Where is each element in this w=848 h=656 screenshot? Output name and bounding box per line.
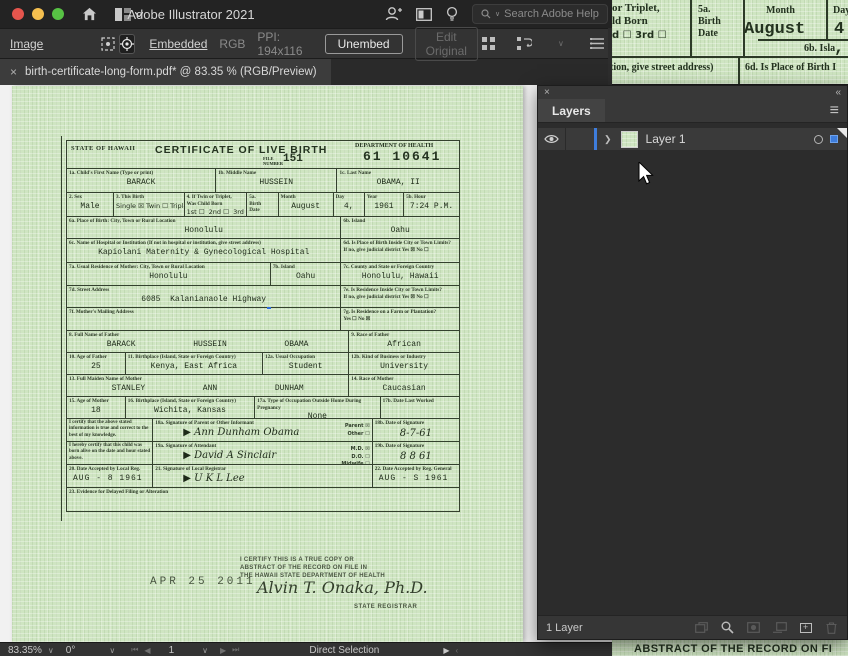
form-cell: 18b. Date of Signature8-7-61 <box>373 419 459 441</box>
field-value: BARACK <box>69 178 213 187</box>
field-value: African <box>351 340 457 349</box>
form-cell: 23. Evidence for Delayed Filing or Alter… <box>67 488 459 513</box>
form-outer-edge <box>61 136 62 521</box>
form-cell: 5a. Birth Date <box>247 193 278 216</box>
layer-thumbnail[interactable] <box>621 131 638 148</box>
bg-text-street: tion, give street address) <box>610 62 714 73</box>
field-label: 7a. Usual Residence of Mother: City, Tow… <box>69 264 268 271</box>
form-cell: 8. Full Name of FatherBARACK HUSSEIN OBA… <box>67 331 349 352</box>
form-row-10: 13. Full Maiden Name of MotherSTANLEY AN… <box>67 375 459 397</box>
field-value: ▶ David A Sinclair <box>155 450 370 461</box>
transform-options-icon[interactable] <box>514 34 536 54</box>
field-label: Month <box>281 194 331 201</box>
bg-rule-v1 <box>690 0 692 57</box>
certificate-rows: 1a. Child's First Name (Type or print)BA… <box>67 169 459 513</box>
certificate-image[interactable]: STATE OF HAWAII CERTIFICATE OF LIVE BIRT… <box>12 86 523 642</box>
field-label: 7e. Is Residence Inside City or Town Lim… <box>343 287 457 300</box>
status-expand-icon[interactable]: ▶ <box>443 646 449 655</box>
form-cell: 7a. Usual Residence of Mother: City, Tow… <box>67 263 271 285</box>
layer-name[interactable]: Layer 1 <box>646 132 686 146</box>
embedded-link[interactable]: Embedded <box>149 37 207 51</box>
field-label: 5b. Hour <box>406 194 457 201</box>
field-label: 20. Date Accepted by Local Reg. <box>69 466 150 473</box>
field-label: 4. If Twin or Triplet, Was Child Born <box>187 194 245 207</box>
document-tab[interactable]: × birth-certificate-long-form.pdf* @ 83.… <box>0 59 331 85</box>
form-cell: 2. SexMale <box>67 193 114 216</box>
control-menu-icon[interactable] <box>586 34 608 54</box>
field-value: Wichita, Kansas <box>128 406 252 415</box>
bg-text-abstract: ABSTRACT OF THE RECORD ON FI <box>634 643 832 655</box>
layers-panel: × « Layers ≡ ❯ Layer 1 1 Layer <box>537 85 848 640</box>
field-label: 1b. Middle Name <box>218 170 335 177</box>
field-value: Honolulu, Hawaii <box>343 272 457 281</box>
field-label: Day <box>336 194 362 201</box>
field-value: 6085 Kalanianaole Highway <box>69 295 338 304</box>
unembed-button[interactable]: Unembed <box>325 34 403 54</box>
close-tab-icon[interactable]: × <box>10 65 17 79</box>
layers-panel-body: ❯ Layer 1 <box>538 123 847 615</box>
layer-row[interactable]: ❯ Layer 1 <box>538 128 847 150</box>
title-bar: Adobe Illustrator 2021 ∨ Search Adobe He… <box>0 0 612 28</box>
form-cell: 3. This BirthSingle ☒ Twin ☐ Triplet ☐ <box>114 193 185 216</box>
layer-count: 1 Layer <box>546 622 583 634</box>
form-cell: 7g. Is Residence on a Farm or Plantation… <box>341 308 459 330</box>
bg-rule-v3 <box>826 0 828 40</box>
field-label: Year <box>367 194 401 201</box>
form-cell: 12a. Usual OccupationStudent <box>263 353 349 374</box>
field-value: 18 <box>69 406 123 415</box>
field-label: 7f. Mother's Mailing Address <box>69 309 338 316</box>
form-cell: 6d. Is Place of Birth Inside City or Tow… <box>341 239 459 262</box>
field-value: Oahu <box>273 272 339 281</box>
field-label: 12a. Usual Occupation <box>265 354 346 361</box>
align-grid-icon[interactable] <box>478 34 500 54</box>
layers-panel-footer: 1 Layer + <box>538 615 847 639</box>
form-cell: 1a. Child's First Name (Type or print)BA… <box>67 169 216 192</box>
current-tool-label: Direct Selection <box>309 645 379 656</box>
state-label: STATE OF HAWAII <box>71 145 135 152</box>
field-label: I hereby certify that this child was bor… <box>69 443 150 462</box>
form-cell: 16. Birthplace (Island, State or Foreign… <box>126 397 255 418</box>
canvas[interactable]: STATE OF HAWAII CERTIFICATE OF LIVE BIRT… <box>0 85 612 642</box>
field-value: OBAMA, II <box>339 178 457 187</box>
field-value: AUG - S 1961 <box>375 474 457 483</box>
first-artboard-icon[interactable]: ⏮ <box>131 645 138 655</box>
document-tab-title: birth-certificate-long-form.pdf* @ 83.35… <box>25 66 317 78</box>
bg-rule-h2 <box>608 56 848 58</box>
form-cell: Year1961 <box>365 193 404 216</box>
form-cell: 7f. Mother's Mailing Address <box>67 308 341 330</box>
visibility-cell[interactable] <box>538 128 566 150</box>
form-cell: 10. Age of Father25 <box>67 353 126 374</box>
form-cell: 9. Race of FatherAfrican <box>349 331 459 352</box>
form-cell: 21. Signature of Local Registrar▶ U K L … <box>153 465 373 487</box>
form-row-5: 7a. Usual Residence of Mother: City, Tow… <box>67 263 459 286</box>
field-checkboxes: M.D. ☒ D.O. ☐ Midwife ☐ Other ☐ <box>341 446 369 464</box>
form-cell: Day4, <box>334 193 365 216</box>
form-row-1: 1a. Child's First Name (Type or print)BA… <box>67 169 459 193</box>
artboard-number[interactable]: 1 <box>169 645 175 656</box>
form-row-14: 20. Date Accepted by Local Reg.AUG - 8 1… <box>67 465 459 488</box>
form-cell: 19b. Date of Signature8 8 61 <box>373 442 459 464</box>
control-bar: Image Embedded RGB PPI: 194x116 Unembed … <box>0 28 608 58</box>
bg-rule-h1 <box>758 39 848 41</box>
field-label: 17b. Date Last Worked <box>383 398 457 405</box>
search-help-field[interactable]: ∨ Search Adobe Help <box>472 4 608 24</box>
delete-layer-icon[interactable] <box>824 621 839 634</box>
field-value: Honolulu <box>69 272 268 281</box>
field-value: 4, <box>336 202 362 211</box>
make-clipping-mask-icon[interactable] <box>694 621 709 634</box>
new-layer-icon[interactable]: + <box>798 621 813 634</box>
arrange-documents-icon[interactable] <box>416 8 432 21</box>
form-cell: 1b. Middle NameHUSSEIN <box>216 169 338 192</box>
color-mode-label: RGB <box>219 37 245 51</box>
field-label: 1c. Last Name <box>339 170 457 177</box>
layers-panel-top-bar: × « <box>538 86 847 99</box>
field-value: STANLEY ANN DUNHAM <box>69 384 346 393</box>
new-sublayer-icon[interactable] <box>772 621 787 634</box>
field-label: 6a. Place of Birth: City, Town or Rural … <box>69 218 338 225</box>
form-cell: 7d. Street Address6085 Kalanianaole High… <box>67 286 341 307</box>
field-label: 8. Full Name of Father <box>69 332 346 339</box>
field-value: AUG - 8 1961 <box>69 474 150 483</box>
field-value: HUSSEIN <box>218 178 335 187</box>
form-cell: 13. Full Maiden Name of MotherSTANLEY AN… <box>67 375 349 396</box>
ppi-label: PPI: 194x116 <box>257 30 302 58</box>
search-scope-chevron-icon[interactable]: ∨ <box>495 10 500 18</box>
form-cell: 1c. Last NameOBAMA, II <box>337 169 459 192</box>
field-label: 1a. Child's First Name (Type or print) <box>69 170 213 177</box>
selection-type-label: Image <box>10 37 43 51</box>
form-cell: 17b. Date Last Worked <box>381 397 459 418</box>
field-value: Oahu <box>343 226 457 235</box>
field-value: 7:24 P.M. <box>406 202 457 211</box>
field-label: 9. Race of Father <box>351 332 457 339</box>
layer-expand-chevron-icon[interactable]: ❯ <box>604 134 612 145</box>
share-user-icon[interactable] <box>385 6 402 22</box>
form-row-11: 15. Age of Mother1816. Birthplace (Islan… <box>67 397 459 419</box>
field-label: 18b. Date of Signature <box>375 420 457 427</box>
last-artboard-icon[interactable]: ⏭ <box>232 645 239 655</box>
bg-text-child-born: ld Born <box>612 15 648 27</box>
form-cell: 20. Date Accepted by Local Reg.AUG - 8 1… <box>67 465 153 487</box>
form-row-7: 7f. Mother's Mailing Address7g. Is Resid… <box>67 308 459 331</box>
search-placeholder: Search Adobe Help <box>504 8 599 20</box>
mouse-cursor <box>638 162 654 186</box>
form-cell: 7c. County and State or Foreign CountryH… <box>341 263 459 285</box>
field-label: I certify that the above stated informat… <box>69 420 150 439</box>
layer-selection-bar <box>594 128 597 150</box>
bg-label-6d: 6d. Is Place of Birth I <box>745 62 836 73</box>
field-label: 3. This Birth <box>116 194 182 201</box>
field-label: 22. Date Accepted by Reg. General <box>375 466 457 473</box>
status-bar: 83.35% ∨ 0° ∨ ⏮ ◀ 1 ∨ ▶ ⏭ Direct Selecti… <box>0 642 612 656</box>
field-value: 8 8 61 <box>375 451 457 462</box>
app-title: Adobe Illustrator 2021 <box>0 7 382 22</box>
layers-panel-tabs: Layers ≡ <box>538 99 847 123</box>
field-label: 10. Age of Father <box>69 354 123 361</box>
field-label: 14. Race of Mother <box>351 376 457 383</box>
field-label: 12b. Kind of Business or Industry <box>351 354 457 361</box>
field-label: 6c. Name of Hospital or Institution (If … <box>69 240 338 247</box>
form-row-8: 8. Full Name of FatherBARACK HUSSEIN OBA… <box>67 331 459 353</box>
search-icon <box>481 9 491 19</box>
isolate-image-icon[interactable] <box>101 34 115 54</box>
field-value: 8-7-61 <box>375 428 457 439</box>
field-label: 7b. Island <box>273 264 339 271</box>
eye-icon <box>544 134 559 144</box>
edit-original-button[interactable]: Edit Original <box>415 27 478 61</box>
selection-anchor-point <box>267 307 271 309</box>
certified-copy-text: I CERTIFY THIS IS A TRUE COPY OR ABSTRAC… <box>240 556 385 580</box>
next-artboard-icon[interactable]: ▶ <box>220 646 226 655</box>
certificate-number: 61 10641 <box>363 149 441 164</box>
form-row-9: 10. Age of Father2511. Birthplace (Islan… <box>67 353 459 375</box>
form-row-2: 2. SexMale3. This BirthSingle ☒ Twin ☐ T… <box>67 193 459 217</box>
field-value: Caucasian <box>351 384 457 393</box>
field-value: 1961 <box>367 202 401 211</box>
form-cell: 6a. Place of Birth: City, Town or Rural … <box>67 217 341 238</box>
field-label: 23. Evidence for Delayed Filing or Alter… <box>69 489 457 496</box>
field-value: Kenya, East Africa <box>128 362 260 371</box>
form-cell: I certify that the above stated informat… <box>67 419 153 441</box>
field-value: Male <box>69 202 111 211</box>
locate-object-icon[interactable] <box>720 621 735 634</box>
form-cell: 22. Date Accepted by Reg. GeneralAUG - S… <box>373 465 459 487</box>
field-value: Honolulu <box>69 226 338 235</box>
field-label: 6b. Island <box>343 218 457 225</box>
artboard-chevron-icon[interactable]: ∨ <box>202 646 208 655</box>
form-cell: 7b. IslandOahu <box>271 263 342 285</box>
illustrator-window: Adobe Illustrator 2021 ∨ Search Adobe He… <box>0 0 612 656</box>
tab-layers[interactable]: Layers <box>538 99 605 122</box>
layer-target-icon[interactable] <box>814 135 823 144</box>
registrar-signature: Alvin T. Onaka, Ph.D. <box>257 578 428 597</box>
new-layer-plus: + <box>800 623 812 633</box>
file-number-label: FILE NUMBER <box>263 157 283 167</box>
field-label: 5a. Birth Date <box>249 194 275 214</box>
panel-collapse-icon[interactable]: « <box>835 87 841 98</box>
panel-menu-icon[interactable]: ≡ <box>830 102 839 120</box>
field-value: Single ☒ Twin ☐ Triplet ☐ <box>116 202 182 210</box>
bg-label-5a: 5a. Birth Date <box>698 4 721 40</box>
field-label: 7g. Is Residence on a Farm or Plantation… <box>343 309 457 322</box>
field-label: 13. Full Maiden Name of Mother <box>69 376 346 383</box>
bg-rule-v4 <box>738 58 740 85</box>
bg-value-month: August <box>744 20 805 39</box>
field-label: 17a. Type of Occupation Outside Home Dur… <box>257 398 377 411</box>
form-cell: I hereby certify that this child was bor… <box>67 442 153 464</box>
more-chevron-icon[interactable]: ∨ <box>550 34 572 54</box>
form-cell: MonthAugust <box>279 193 334 216</box>
form-cell: 4. If Twin or Triplet, Was Child Born1st… <box>185 193 248 216</box>
state-registrar-label: STATE REGISTRAR <box>354 604 417 610</box>
field-value: August <box>281 202 331 211</box>
field-label: 2. Sex <box>69 194 111 201</box>
certificate-form: STATE OF HAWAII CERTIFICATE OF LIVE BIRT… <box>66 140 460 512</box>
form-row-12: I certify that the above stated informat… <box>67 419 459 442</box>
form-cell: 17a. Type of Occupation Outside Home Dur… <box>255 397 380 418</box>
select-target-icon[interactable] <box>119 34 135 54</box>
form-row-3: 6a. Place of Birth: City, Town or Rural … <box>67 217 459 239</box>
field-value: ▶ Ann Dunham Obama <box>155 427 370 438</box>
field-value: ▶ U K L Lee <box>155 473 370 484</box>
field-value: BARACK HUSSEIN OBAMA <box>69 340 346 349</box>
field-label: 7d. Street Address <box>69 287 338 294</box>
certificate-header: STATE OF HAWAII CERTIFICATE OF LIVE BIRT… <box>67 141 459 169</box>
field-value: 25 <box>69 362 123 371</box>
field-label: 15. Age of Mother <box>69 398 123 405</box>
field-value: University <box>351 362 457 371</box>
field-label: 19b. Date of Signature <box>375 443 457 450</box>
field-checkboxes: Parent ☒ Other ☐ <box>345 423 370 438</box>
field-value: Kapiolani Maternity & Gynecological Hosp… <box>69 248 338 257</box>
form-cell: 15. Age of Mother18 <box>67 397 126 418</box>
form-cell: 6c. Name of Hospital or Institution (If … <box>67 239 341 262</box>
rotation-chevron-icon[interactable]: ∨ <box>109 646 115 655</box>
form-row-13: I hereby certify that this child was bor… <box>67 442 459 465</box>
field-value: None <box>257 412 377 418</box>
zoom-level[interactable]: 83.35% <box>8 645 42 656</box>
field-value: Student <box>265 362 346 371</box>
form-cell: 18a. Signature of Parent or Other Inform… <box>153 419 373 441</box>
form-row-15: 23. Evidence for Delayed Filing or Alter… <box>67 488 459 513</box>
field-label: 16. Birthplace (Island, State or Foreign… <box>128 398 252 405</box>
file-number-value: 151 <box>283 153 303 165</box>
field-label: 6d. Is Place of Birth Inside City or Tow… <box>343 240 457 253</box>
bg-label-month: Month <box>766 5 795 16</box>
rotation-value[interactable]: 0° <box>66 645 76 656</box>
form-row-4: 6c. Name of Hospital or Institution (If … <box>67 239 459 263</box>
form-cell: 12b. Kind of Business or IndustryUnivers… <box>349 353 459 374</box>
layer-corner-flag <box>837 128 847 138</box>
form-row-6: 7d. Street Address6085 Kalanianaole High… <box>67 286 459 308</box>
make-mask-icon[interactable] <box>746 621 761 634</box>
bg-text-checks: d ☐ 3rd ☐ <box>612 30 667 41</box>
document-tab-bar: × birth-certificate-long-form.pdf* @ 83.… <box>0 58 608 85</box>
form-cell: 14. Race of MotherCaucasian <box>349 375 459 396</box>
form-cell: 19a. Signature of Attendant▶ David A Sin… <box>153 442 373 464</box>
form-cell: 7e. Is Residence Inside City or Town Lim… <box>341 286 459 307</box>
bg-label-6b: 6b. Isla <box>804 43 835 54</box>
panel-close-icon[interactable]: × <box>544 87 550 98</box>
prev-artboard-icon[interactable]: ◀ <box>144 646 150 655</box>
form-cell: 11. Birthplace (Island, State or Foreign… <box>126 353 263 374</box>
form-cell: 6b. IslandOahu <box>341 217 459 238</box>
field-label: 7c. County and State or Foreign Country <box>343 264 457 271</box>
field-value: 1st ☐ 2nd ☐ 3rd ☐ <box>187 208 245 216</box>
bg-text-triplet: or Triplet, <box>612 2 660 14</box>
zoom-chevron-icon[interactable]: ∨ <box>48 646 54 655</box>
bg-bottom-strip: ABSTRACT OF THE RECORD ON FI <box>620 640 848 656</box>
form-cell: 5b. Hour7:24 P.M. <box>404 193 459 216</box>
lightbulb-discover-icon[interactable] <box>446 6 458 22</box>
bg-label-day: Day <box>833 5 848 16</box>
field-label: 11. Birthplace (Island, State or Foreign… <box>128 354 260 361</box>
status-collapse-icon[interactable]: ‹ <box>456 646 459 655</box>
